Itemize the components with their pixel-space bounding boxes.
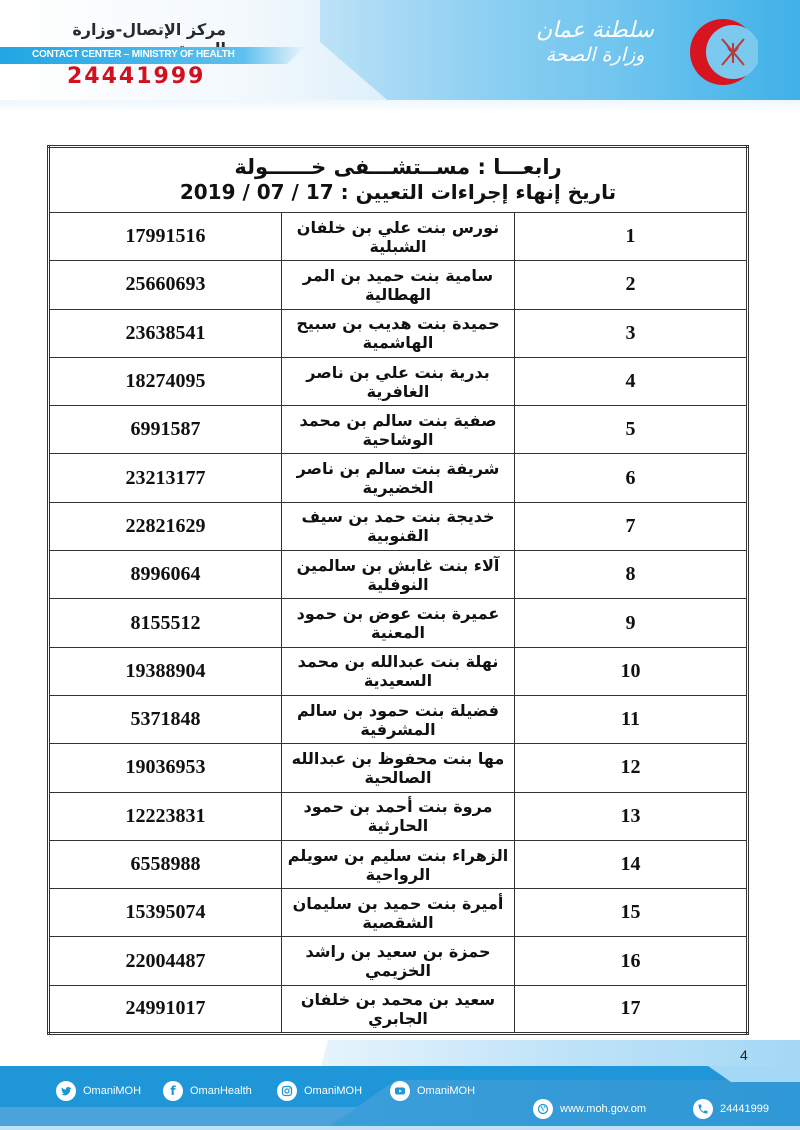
facebook-icon: f: [163, 1081, 183, 1101]
logo-line-ministry: وزارة الصحة: [520, 44, 670, 66]
hospital-title: رابعـــا : مســتشـــفى خــــــولة: [50, 155, 746, 180]
civil-id-cell: 18274095: [49, 357, 282, 405]
table-row: 12223831 مروة بنت أحمد بن حمود الحارثية …: [49, 792, 748, 840]
civil-id-cell: 22004487: [49, 937, 282, 985]
instagram-label: OmaniMOH: [304, 1085, 362, 1097]
facebook-label: OmanHealth: [190, 1085, 252, 1097]
header-fade: [0, 100, 800, 110]
civil-id-cell: 5371848: [49, 695, 282, 743]
civil-id-cell: 8155512: [49, 599, 282, 647]
civil-id-cell: 19388904: [49, 647, 282, 695]
index-cell: 2: [515, 261, 748, 309]
table-row: 6991587 صفية بنت سالم بن محمد الوشاحية 5: [49, 406, 748, 454]
phone-icon: [693, 1099, 713, 1119]
table-row: 18274095 بدرية بنت علي بن ناصر الغافرية …: [49, 357, 748, 405]
table-row: 24991017 سعيد بن محمد بن خلفان الجابري 1…: [49, 985, 748, 1033]
table-row: 8996064 آلاء بنت غابش بن سالمين النوفلية…: [49, 551, 748, 599]
name-cell: الزهراء بنت سليم بن سويلم الرواحية: [282, 840, 515, 888]
index-cell: 9: [515, 599, 748, 647]
table-title-cell: رابعـــا : مســتشـــفى خــــــولة تاريخ …: [49, 147, 748, 213]
ministry-logo-text: سلطنة عمان وزارة الصحة: [520, 18, 670, 66]
table-row: 17991516 نورس بنت علي بن خلفان الشبلية 1: [49, 213, 748, 261]
table-row: 25660693 سامية بنت حميد بن المر الهطالية…: [49, 261, 748, 309]
youtube-link[interactable]: OmaniMOH: [390, 1081, 475, 1101]
phone-link[interactable]: 24441999: [693, 1099, 769, 1119]
table-row: 8155512 عميرة بنت عوض بن حمود المعنية 9: [49, 599, 748, 647]
name-cell: نورس بنت علي بن خلفان الشبلية: [282, 213, 515, 261]
civil-id-cell: 8996064: [49, 551, 282, 599]
name-cell: بدرية بنت علي بن ناصر الغافرية: [282, 357, 515, 405]
table-row: 22821629 خديجة بنت حمد بن سيف القنوبية 7: [49, 502, 748, 550]
civil-id-cell: 23638541: [49, 309, 282, 357]
table-row: 15395074 أميرة بنت حميد بن سليمان الشقصي…: [49, 889, 748, 937]
table-row: 19036953 مها بنت محفوظ بن عبدالله الصالح…: [49, 744, 748, 792]
name-cell: حمزة بن سعيد بن راشد الخزيمي: [282, 937, 515, 985]
twitter-label: OmaniMOH: [83, 1085, 141, 1097]
page-number: 4: [740, 1047, 748, 1063]
name-cell: فضيلة بنت حمود بن سالم المشرفية: [282, 695, 515, 743]
twitter-icon: [56, 1081, 76, 1101]
index-cell: 4: [515, 357, 748, 405]
instagram-icon: [277, 1081, 297, 1101]
index-cell: 5: [515, 406, 748, 454]
index-cell: 16: [515, 937, 748, 985]
civil-id-cell: 19036953: [49, 744, 282, 792]
table-row: 23638541 حميدة بنت هديب بن سبيح الهاشمية…: [49, 309, 748, 357]
contact-center-english-title: CONTACT CENTER – MINISTRY OF HEALTH: [32, 49, 235, 60]
civil-id-cell: 23213177: [49, 454, 282, 502]
name-cell: شريفة بنت سالم بن ناصر الخضيرية: [282, 454, 515, 502]
index-cell: 6: [515, 454, 748, 502]
index-cell: 15: [515, 889, 748, 937]
index-cell: 17: [515, 985, 748, 1033]
index-cell: 13: [515, 792, 748, 840]
index-cell: 7: [515, 502, 748, 550]
logo-line-sultanate: سلطنة عمان: [520, 18, 670, 44]
footer-bottom-line: [0, 1126, 800, 1130]
website-label: www.moh.gov.om: [560, 1103, 646, 1115]
name-cell: مروة بنت أحمد بن حمود الحارثية: [282, 792, 515, 840]
name-cell: نهلة بنت عبدالله بن محمد السعيدية: [282, 647, 515, 695]
name-cell: حميدة بنت هديب بن سبيح الهاشمية: [282, 309, 515, 357]
youtube-icon: [390, 1081, 410, 1101]
civil-id-cell: 24991017: [49, 985, 282, 1033]
appointment-table-container: رابعـــا : مســتشـــفى خــــــولة تاريخ …: [47, 145, 749, 1035]
index-cell: 10: [515, 647, 748, 695]
index-cell: 11: [515, 695, 748, 743]
index-cell: 1: [515, 213, 748, 261]
table-row: 19388904 نهلة بنت عبدالله بن محمد السعيد…: [49, 647, 748, 695]
name-cell: خديجة بنت حمد بن سيف القنوبية: [282, 502, 515, 550]
facebook-link[interactable]: f OmanHealth: [163, 1081, 252, 1101]
table-row: 6558988 الزهراء بنت سليم بن سويلم الرواح…: [49, 840, 748, 888]
name-cell: أميرة بنت حميد بن سليمان الشقصية: [282, 889, 515, 937]
appointment-table: رابعـــا : مســتشـــفى خــــــولة تاريخ …: [47, 145, 749, 1035]
globe-icon: [533, 1099, 553, 1119]
name-cell: عميرة بنت عوض بن حمود المعنية: [282, 599, 515, 647]
index-cell: 3: [515, 309, 748, 357]
contact-center-number: 24441999: [67, 64, 205, 89]
name-cell: سعيد بن محمد بن خلفان الجابري: [282, 985, 515, 1033]
civil-id-cell: 15395074: [49, 889, 282, 937]
website-link[interactable]: www.moh.gov.om: [533, 1099, 646, 1119]
table-row: 22004487 حمزة بن سعيد بن راشد الخزيمي 16: [49, 937, 748, 985]
instagram-link[interactable]: OmaniMOH: [277, 1081, 362, 1101]
phone-label: 24441999: [720, 1103, 769, 1115]
page-header: مركز الإتصال-وزارة الصحة CONTACT CENTER …: [0, 0, 800, 110]
civil-id-cell: 6991587: [49, 406, 282, 454]
name-cell: سامية بنت حميد بن المر الهطالية: [282, 261, 515, 309]
index-cell: 8: [515, 551, 748, 599]
red-crescent-emblem-icon: [688, 17, 758, 87]
name-cell: مها بنت محفوظ بن عبدالله الصالحية: [282, 744, 515, 792]
index-cell: 12: [515, 744, 748, 792]
index-cell: 14: [515, 840, 748, 888]
civil-id-cell: 22821629: [49, 502, 282, 550]
civil-id-cell: 25660693: [49, 261, 282, 309]
name-cell: آلاء بنت غابش بن سالمين النوفلية: [282, 551, 515, 599]
completion-date-title: تاريخ إنهاء إجراءات التعيين : 17 / 07 / …: [50, 180, 746, 205]
civil-id-cell: 17991516: [49, 213, 282, 261]
name-cell: صفية بنت سالم بن محمد الوشاحية: [282, 406, 515, 454]
table-row: 5371848 فضيلة بنت حمود بن سالم المشرفية …: [49, 695, 748, 743]
table-row: 23213177 شريفة بنت سالم بن ناصر الخضيرية…: [49, 454, 748, 502]
civil-id-cell: 12223831: [49, 792, 282, 840]
youtube-label: OmaniMOH: [417, 1085, 475, 1097]
twitter-link[interactable]: OmaniMOH: [56, 1081, 141, 1101]
civil-id-cell: 6558988: [49, 840, 282, 888]
